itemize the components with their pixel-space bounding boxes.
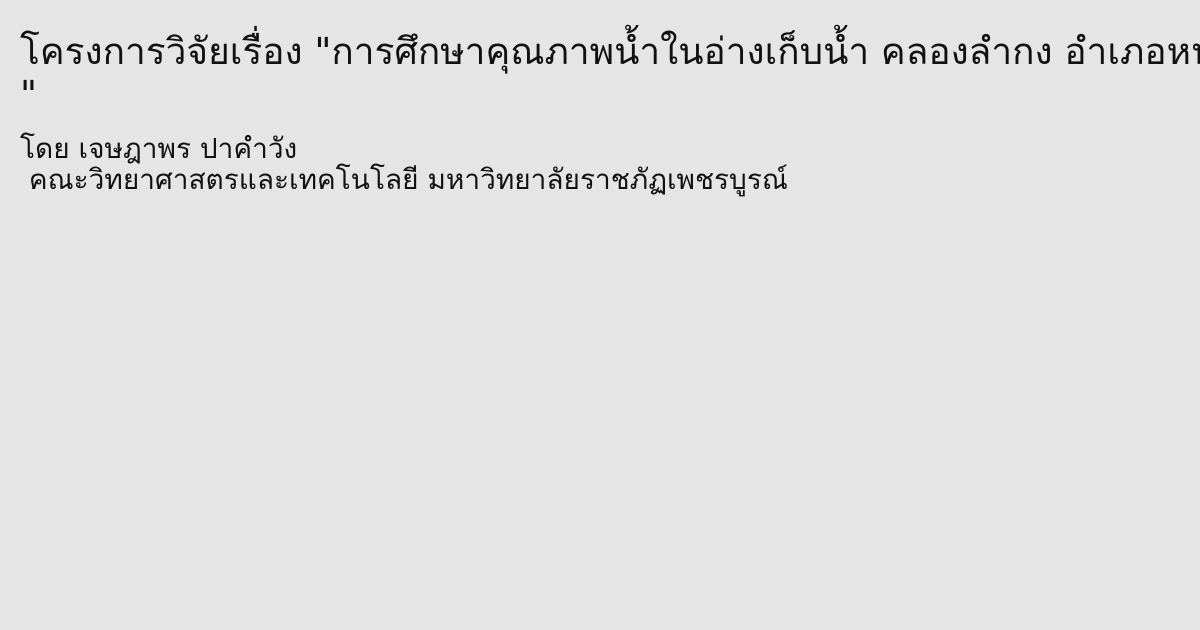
project-title-closing-quote: " [20,73,1182,116]
project-title: โครงการวิจัยเรื่อง "การศึกษาคุณภาพน้ำในอ… [20,30,1182,116]
affiliation-line: คณะวิทยาศาสตรและเทคโนโลยี มหาวิทยาลัยราช… [20,164,1182,195]
project-title-line1: โครงการวิจัยเรื่อง "การศึกษาคุณภาพน้ำในอ… [20,30,1182,73]
byline-block: โดย เจษฎาพร ปาคำวัง คณะวิทยาศาสตรและเทคโ… [20,133,1182,195]
author-line: โดย เจษฎาพร ปาคำวัง [20,133,1182,164]
research-title-card: โครงการวิจัยเรื่อง "การศึกษาคุณภาพน้ำในอ… [0,0,1200,630]
